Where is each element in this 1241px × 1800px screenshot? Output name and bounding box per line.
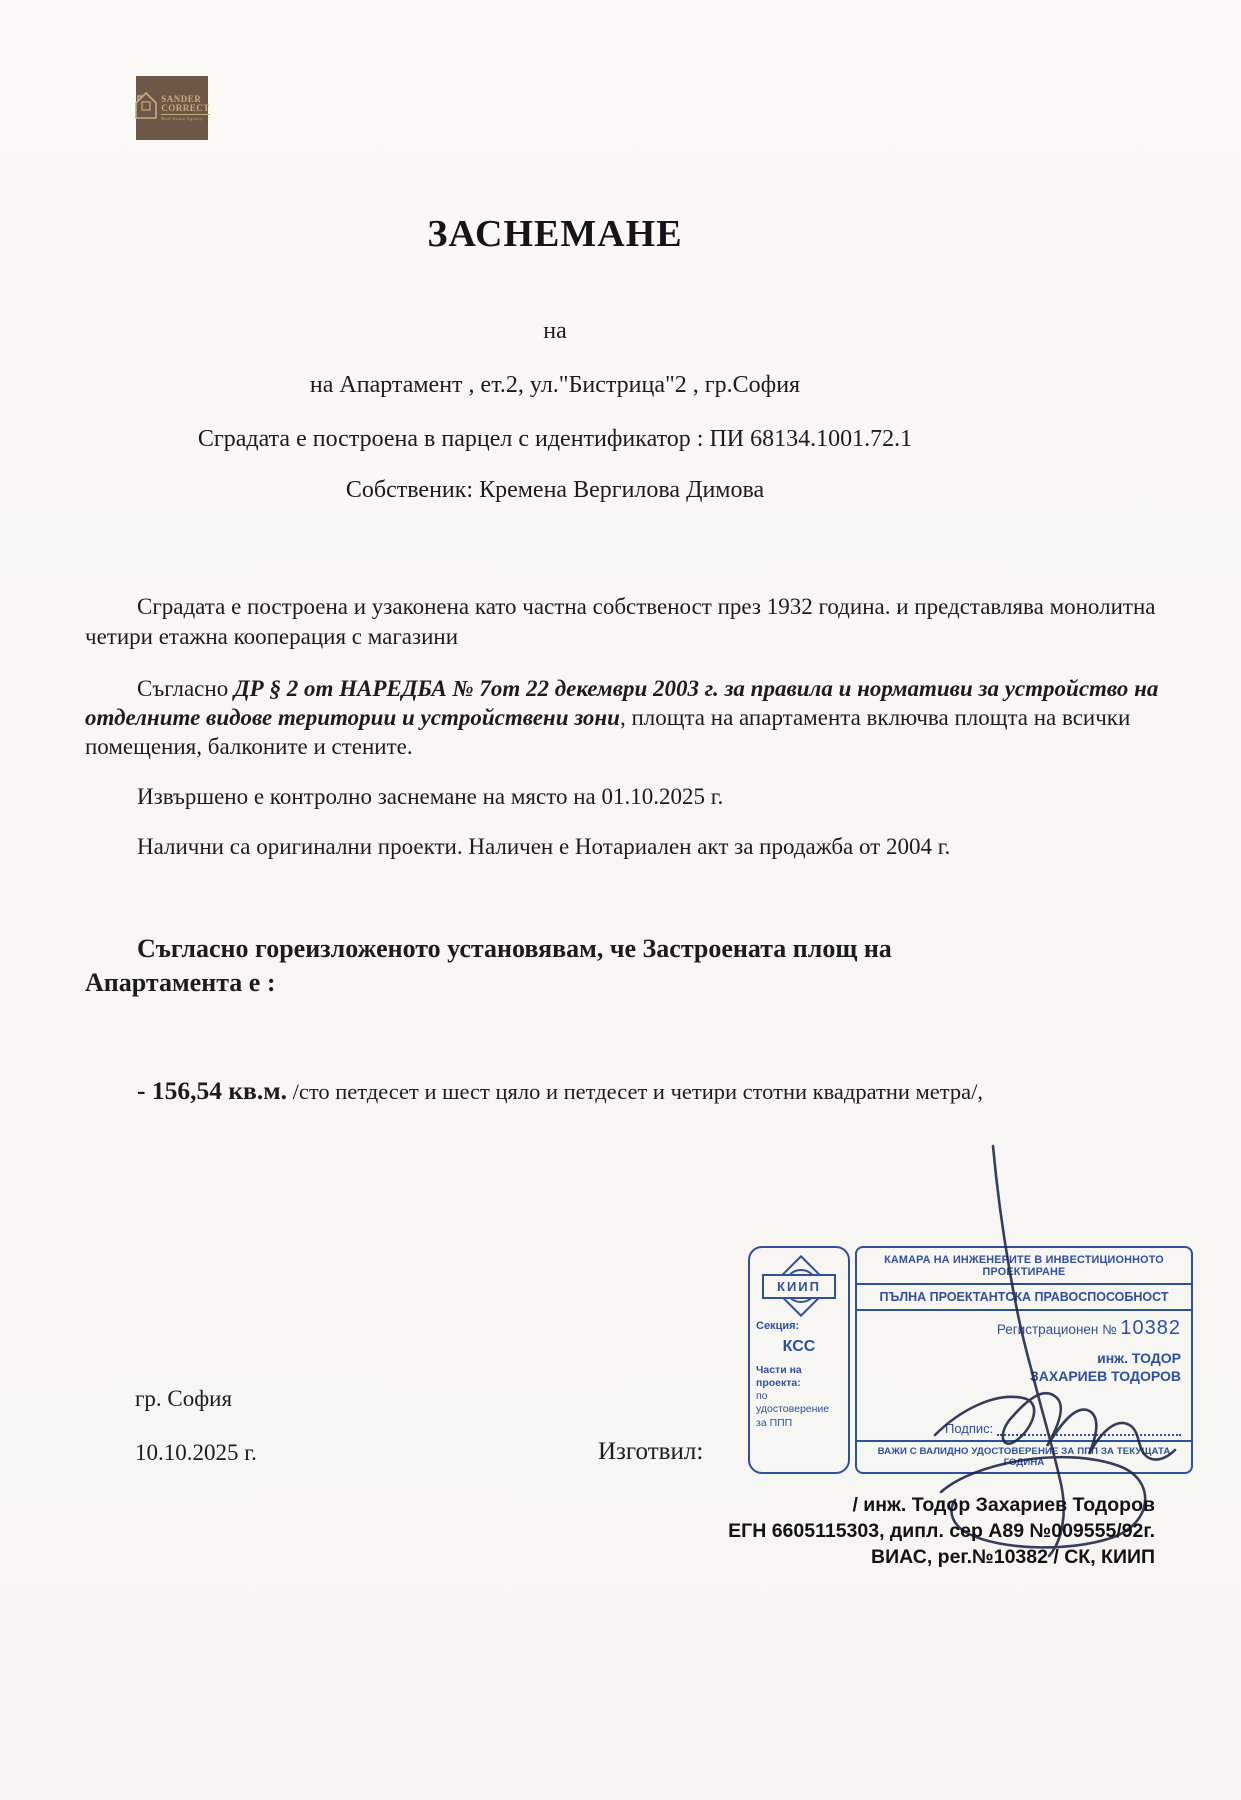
stamp-chamber-header: КАМАРА НА ИНЖЕНЕРИТЕ В ИНВЕСТИЦИОННОТО П… bbox=[857, 1248, 1191, 1285]
agency-tagline: Real Estate Agency bbox=[161, 117, 210, 122]
area-result-line: - 156,54 кв.м. /сто петдесет и шест цяло… bbox=[85, 1076, 1163, 1107]
stamp-reg-number: 10382 bbox=[1120, 1317, 1181, 1339]
engineer-egn-line: ЕГН 6605115303, дипл. сер А89 №009555/92… bbox=[700, 1518, 1155, 1544]
prepared-by-label: Изготвил: bbox=[598, 1438, 703, 1466]
stamp-engineer-line1: инж. ТОДОР bbox=[867, 1350, 1181, 1368]
stamp-signature-row: Подпис: bbox=[867, 1420, 1181, 1436]
stamp-engineer-name: инж. ТОДОР ЗАХАРИЕВ ТОДОРОВ bbox=[867, 1350, 1181, 1385]
engineer-registration-line: ВИАС, рег.№10382 / СК, КИИП bbox=[700, 1544, 1155, 1570]
paragraph-survey-date: Извършено е контролно заснемане на място… bbox=[85, 782, 1163, 812]
regulation-prefix: Съгласно bbox=[137, 676, 234, 701]
agency-logo: SANDER CORRECT Real Estate Agency bbox=[136, 76, 208, 140]
document-title: ЗАСНЕМАНЕ bbox=[85, 212, 1025, 256]
stamp-left-panel: КИИП Секция: КСС Части на проекта: по уд… bbox=[748, 1246, 850, 1474]
date-line: 10.10.2025 г. bbox=[135, 1440, 257, 1466]
stamp-right-panel: КАМАРА НА ИНЖЕНЕРИТЕ В ИНВЕСТИЦИОННОТО П… bbox=[855, 1246, 1193, 1474]
area-value: - 156,54 кв.м. bbox=[137, 1076, 287, 1105]
stamp-validity-footer: ВАЖИ С ВАЛИДНО УДОСТОВЕРЕНИЕ ЗА ППП ЗА Т… bbox=[857, 1440, 1191, 1472]
paragraph-building-history: Сградата е построена и узаконена като ча… bbox=[85, 592, 1163, 652]
parcel-identifier-line: Сградата е построена в парцел с идентифи… bbox=[85, 426, 1025, 453]
scanned-document-page: SANDER CORRECT Real Estate Agency ЗАСНЕМ… bbox=[0, 0, 1241, 1800]
city-line: гр. София bbox=[135, 1386, 232, 1412]
stamp-parts-label: Части на проекта: bbox=[756, 1364, 842, 1390]
stamp-signature-label: Подпис: bbox=[945, 1421, 993, 1436]
agency-logo-text: SANDER CORRECT Real Estate Agency bbox=[161, 95, 210, 122]
stamp-main-area: Регистрационен № 10382 инж. ТОДОР ЗАХАРИ… bbox=[857, 1311, 1191, 1440]
paragraph-documents-available: Налични са оригинални проекти. Наличен е… bbox=[85, 832, 1163, 862]
house-icon bbox=[134, 91, 158, 126]
stamp-section-label: Секция: bbox=[756, 1320, 842, 1332]
owner-line: Собственик: Кремена Вергилова Димова bbox=[85, 477, 1025, 504]
paragraph-regulation: Съгласно ДР § 2 от НАРЕДБА № 7от 22 деке… bbox=[85, 674, 1163, 761]
kiip-logo-icon: КИИП bbox=[767, 1254, 831, 1316]
signature-dotted-line bbox=[997, 1420, 1181, 1436]
object-address-line: на Апартамент , ет.2, ул."Бистрица"2 , г… bbox=[85, 372, 1025, 399]
stamp-reg-label: Регистрационен № bbox=[997, 1322, 1117, 1337]
agency-name-line2: CORRECT bbox=[161, 104, 210, 115]
kiip-logo-text: КИИП bbox=[762, 1274, 836, 1299]
title-preposition: на bbox=[85, 318, 1025, 345]
area-value-words: /сто петдесет и шест цяло и петдесет и ч… bbox=[287, 1079, 983, 1104]
stamp-parts-line2: по удостоверение bbox=[756, 1390, 842, 1416]
engineer-details-block: / инж. Тодор Захариев Тодоров ЕГН 660511… bbox=[700, 1492, 1155, 1570]
conclusion-statement: Съгласно гореизложеното установявам, че … bbox=[85, 932, 1030, 1000]
stamp-capacity-subheader: ПЪЛНА ПРОЕКТАНТСКА ПРАВОСПОСОБНОСТ bbox=[857, 1285, 1191, 1311]
stamp-section-value: КСС bbox=[756, 1338, 842, 1356]
stamp-parts-line3: за ППП bbox=[756, 1417, 842, 1430]
engineer-name-line: / инж. Тодор Захариев Тодоров bbox=[700, 1492, 1155, 1518]
stamp-engineer-line2: ЗАХАРИЕВ ТОДОРОВ bbox=[867, 1368, 1181, 1386]
kiip-stamp: КИИП Секция: КСС Части на проекта: по уд… bbox=[748, 1246, 1193, 1474]
stamp-registration-line: Регистрационен № 10382 bbox=[867, 1317, 1181, 1340]
